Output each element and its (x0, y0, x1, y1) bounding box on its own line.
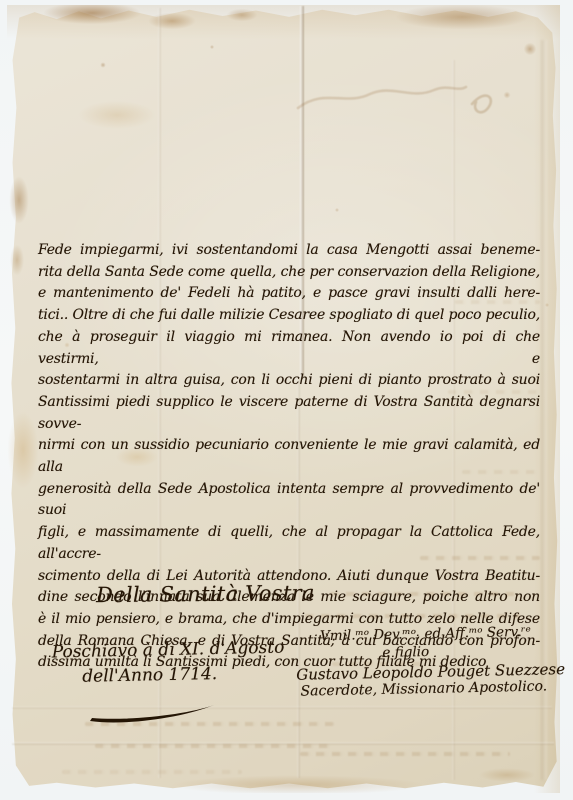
signature-flourish (86, 700, 220, 728)
manuscript-line: generosità della Sede Apostolica intenta… (38, 479, 540, 522)
place-date-block: Poschiavo à dì XI. d'Agosto dell'Anno 17… (52, 636, 286, 691)
manuscript-line: rita della Santa Sede come quella, che p… (38, 262, 540, 284)
manuscript-line: sostentarmi in altra guisa, con li occhi… (38, 370, 540, 392)
place-date-line: Poschiavo à dì XI. d'Agosto (52, 636, 285, 666)
valediction: Della Santità Vostra (96, 581, 315, 607)
manuscript-line: e mantenimento de' Fedeli hà patito, e p… (38, 283, 540, 305)
scanned-letter-page: { "page": { "kind": "scanned handwritten… (0, 0, 573, 800)
manuscript-line: nirmi con un sussidio pecuniario conveni… (38, 435, 540, 478)
manuscript-line: che à proseguir il viaggio mi rimanea. N… (38, 327, 540, 370)
manuscript-line: figli, e massimamente di quelli, che al … (38, 522, 540, 565)
manuscript-line: Fede impiegarmi, ivi sostentandomi la ca… (38, 240, 540, 262)
manuscript-line: Santissimi piedi supplico le viscere pat… (38, 392, 540, 435)
letter-body: Fede impiegarmi, ivi sostentandomi la ca… (38, 240, 540, 674)
signature-block: Vmil.ᵐᵒ Dev.ᵐᵒ, ed Aff.ᵐᵒ Serv.ʳᵉ e figl… (295, 623, 556, 699)
manuscript-line: tici.. Oltre di che fui dalle milizie Ce… (38, 305, 540, 327)
place-date-line: dell'Anno 1714. (82, 661, 285, 690)
